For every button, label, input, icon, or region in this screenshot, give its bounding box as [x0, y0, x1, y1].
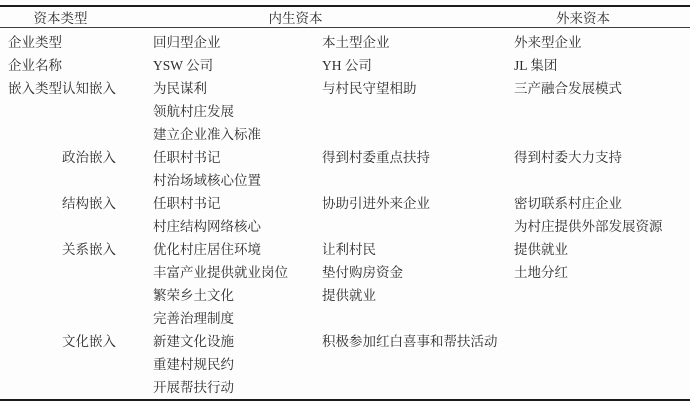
table-body: 企业类型回归型企业本土型企业外来型企业企业名称YSW 公司YH 公司JL 集团嵌… — [0, 28, 690, 399]
cell-line: 任职村书记 — [153, 146, 322, 169]
cell-line: 密切联系村庄企业 — [514, 192, 690, 215]
table-cell: 协助引进外来企业 — [322, 192, 514, 215]
cell-line: 土地分红 — [514, 261, 690, 284]
table-cell: 提供就业土地分红 — [514, 238, 690, 284]
table-cell: 回归型企业 — [153, 31, 322, 54]
table-cell: 为民谋利领航村庄发展建立企业准入标准 — [153, 77, 322, 146]
cell-line: 得到村委重点扶持 — [322, 146, 514, 169]
table-row: 关系嵌入优化村庄居住环境丰富产业提供就业岗位繁荣乡土文化完善治理制度让利村民垫付… — [0, 238, 690, 330]
cell-line: 为村庄提供外部发展资源 — [514, 215, 690, 238]
cell-line: 领航村庄发展 — [153, 100, 322, 123]
row-sublabel: 结构嵌入 — [62, 192, 153, 215]
capital-embedding-table: 资本类型 内生资本 外来资本 企业类型回归型企业本土型企业外来型企业企业名称YS… — [0, 5, 690, 401]
table-row: 嵌入类型认知嵌入为民谋利领航村庄发展建立企业准入标准与村民守望相助三产融合发展模… — [0, 77, 690, 146]
cell-line: 企业类型 — [8, 31, 153, 54]
cell-line: 提供就业 — [514, 238, 690, 261]
header-endogenous-capital: 内生资本 — [153, 7, 514, 27]
cell-line: 与村民守望相助 — [322, 77, 514, 100]
table-row: 企业名称YSW 公司YH 公司JL 集团 — [0, 54, 690, 77]
table-cell: 新建文化设施重建村规民约开展帮扶行动 — [153, 330, 322, 399]
table-row: 企业类型回归型企业本土型企业外来型企业 — [0, 31, 690, 54]
cell-line: 让利村民 — [322, 238, 514, 261]
cell-line: 新建文化设施 — [153, 330, 322, 353]
cell-line: 垫付购房资金 — [322, 261, 514, 284]
table-cell: 任职村书记村庄结构网络核心 — [153, 192, 322, 238]
cell-line: JL 集团 — [514, 54, 690, 77]
cell-line: YSW 公司 — [153, 54, 322, 77]
cell-line: 本土型企业 — [322, 31, 514, 54]
cell-line: 认知嵌入 — [62, 77, 153, 100]
row-label: 企业名称 — [8, 54, 153, 77]
cell-line: 文化嵌入 — [62, 330, 153, 353]
table-cell: 三产融合发展模式 — [514, 77, 690, 100]
header-capital-type: 资本类型 — [8, 7, 153, 27]
table-cell: 积极参加红白喜事和帮扶活动 — [322, 330, 514, 353]
table-cell: YH 公司 — [322, 54, 514, 77]
table-cell: 优化村庄居住环境丰富产业提供就业岗位繁荣乡土文化完善治理制度 — [153, 238, 322, 330]
table-cell: 外来型企业 — [514, 31, 690, 54]
row-sublabel: 认知嵌入 — [62, 77, 153, 100]
cell-line: YH 公司 — [322, 54, 514, 77]
cell-line: 丰富产业提供就业岗位 — [153, 261, 322, 284]
row-group-label: 嵌入类型 — [8, 77, 62, 100]
cell-line: 为民谋利 — [153, 77, 322, 100]
table-cell: 本土型企业 — [322, 31, 514, 54]
table-cell: JL 集团 — [514, 54, 690, 77]
cell-line: 建立企业准入标准 — [153, 123, 322, 146]
paper-page: 资本类型 内生资本 外来资本 企业类型回归型企业本土型企业外来型企业企业名称YS… — [0, 0, 690, 403]
row-label: 企业类型 — [8, 31, 153, 54]
cell-line: 回归型企业 — [153, 31, 322, 54]
cell-line: 外来型企业 — [514, 31, 690, 54]
table-cell: 得到村委重点扶持 — [322, 146, 514, 169]
row-sublabel: 文化嵌入 — [62, 330, 153, 353]
cell-line: 关系嵌入 — [62, 238, 153, 261]
table-row: 结构嵌入任职村书记村庄结构网络核心协助引进外来企业密切联系村庄企业为村庄提供外部… — [0, 192, 690, 238]
table-cell: 密切联系村庄企业为村庄提供外部发展资源 — [514, 192, 690, 238]
cell-line: 村庄结构网络核心 — [153, 215, 322, 238]
cell-line: 协助引进外来企业 — [322, 192, 514, 215]
cell-line: 提供就业 — [322, 284, 514, 307]
table-cell: 与村民守望相助 — [322, 77, 514, 100]
row-sublabel: 政治嵌入 — [62, 146, 153, 169]
cell-line: 村治场域核心位置 — [153, 169, 322, 192]
cell-line: 积极参加红白喜事和帮扶活动 — [322, 330, 514, 353]
cell-line: 嵌入类型 — [8, 77, 42, 100]
cell-line: 重建村规民约 — [153, 353, 322, 376]
table-cell: 让利村民垫付购房资金提供就业 — [322, 238, 514, 307]
cell-line: 企业名称 — [8, 54, 153, 77]
table-row: 文化嵌入新建文化设施重建村规民约开展帮扶行动积极参加红白喜事和帮扶活动 — [0, 330, 690, 399]
cell-line: 繁荣乡土文化 — [153, 284, 322, 307]
cell-line: 开展帮扶行动 — [153, 376, 322, 399]
header-external-capital: 外来资本 — [514, 7, 690, 27]
cell-line: 得到村委大力支持 — [514, 146, 690, 169]
row-sublabel: 关系嵌入 — [62, 238, 153, 261]
table-row: 政治嵌入任职村书记村治场域核心位置得到村委重点扶持得到村委大力支持 — [0, 146, 690, 192]
cell-line: 优化村庄居住环境 — [153, 238, 322, 261]
table-cell: 任职村书记村治场域核心位置 — [153, 146, 322, 192]
table-cell: 得到村委大力支持 — [514, 146, 690, 169]
cell-line: 政治嵌入 — [62, 146, 153, 169]
cell-line: 结构嵌入 — [62, 192, 153, 215]
cell-line: 完善治理制度 — [153, 307, 322, 330]
cell-line: 三产融合发展模式 — [514, 77, 690, 100]
table-cell: YSW 公司 — [153, 54, 322, 77]
table-header-row: 资本类型 内生资本 外来资本 — [0, 7, 690, 28]
cell-line: 任职村书记 — [153, 192, 322, 215]
